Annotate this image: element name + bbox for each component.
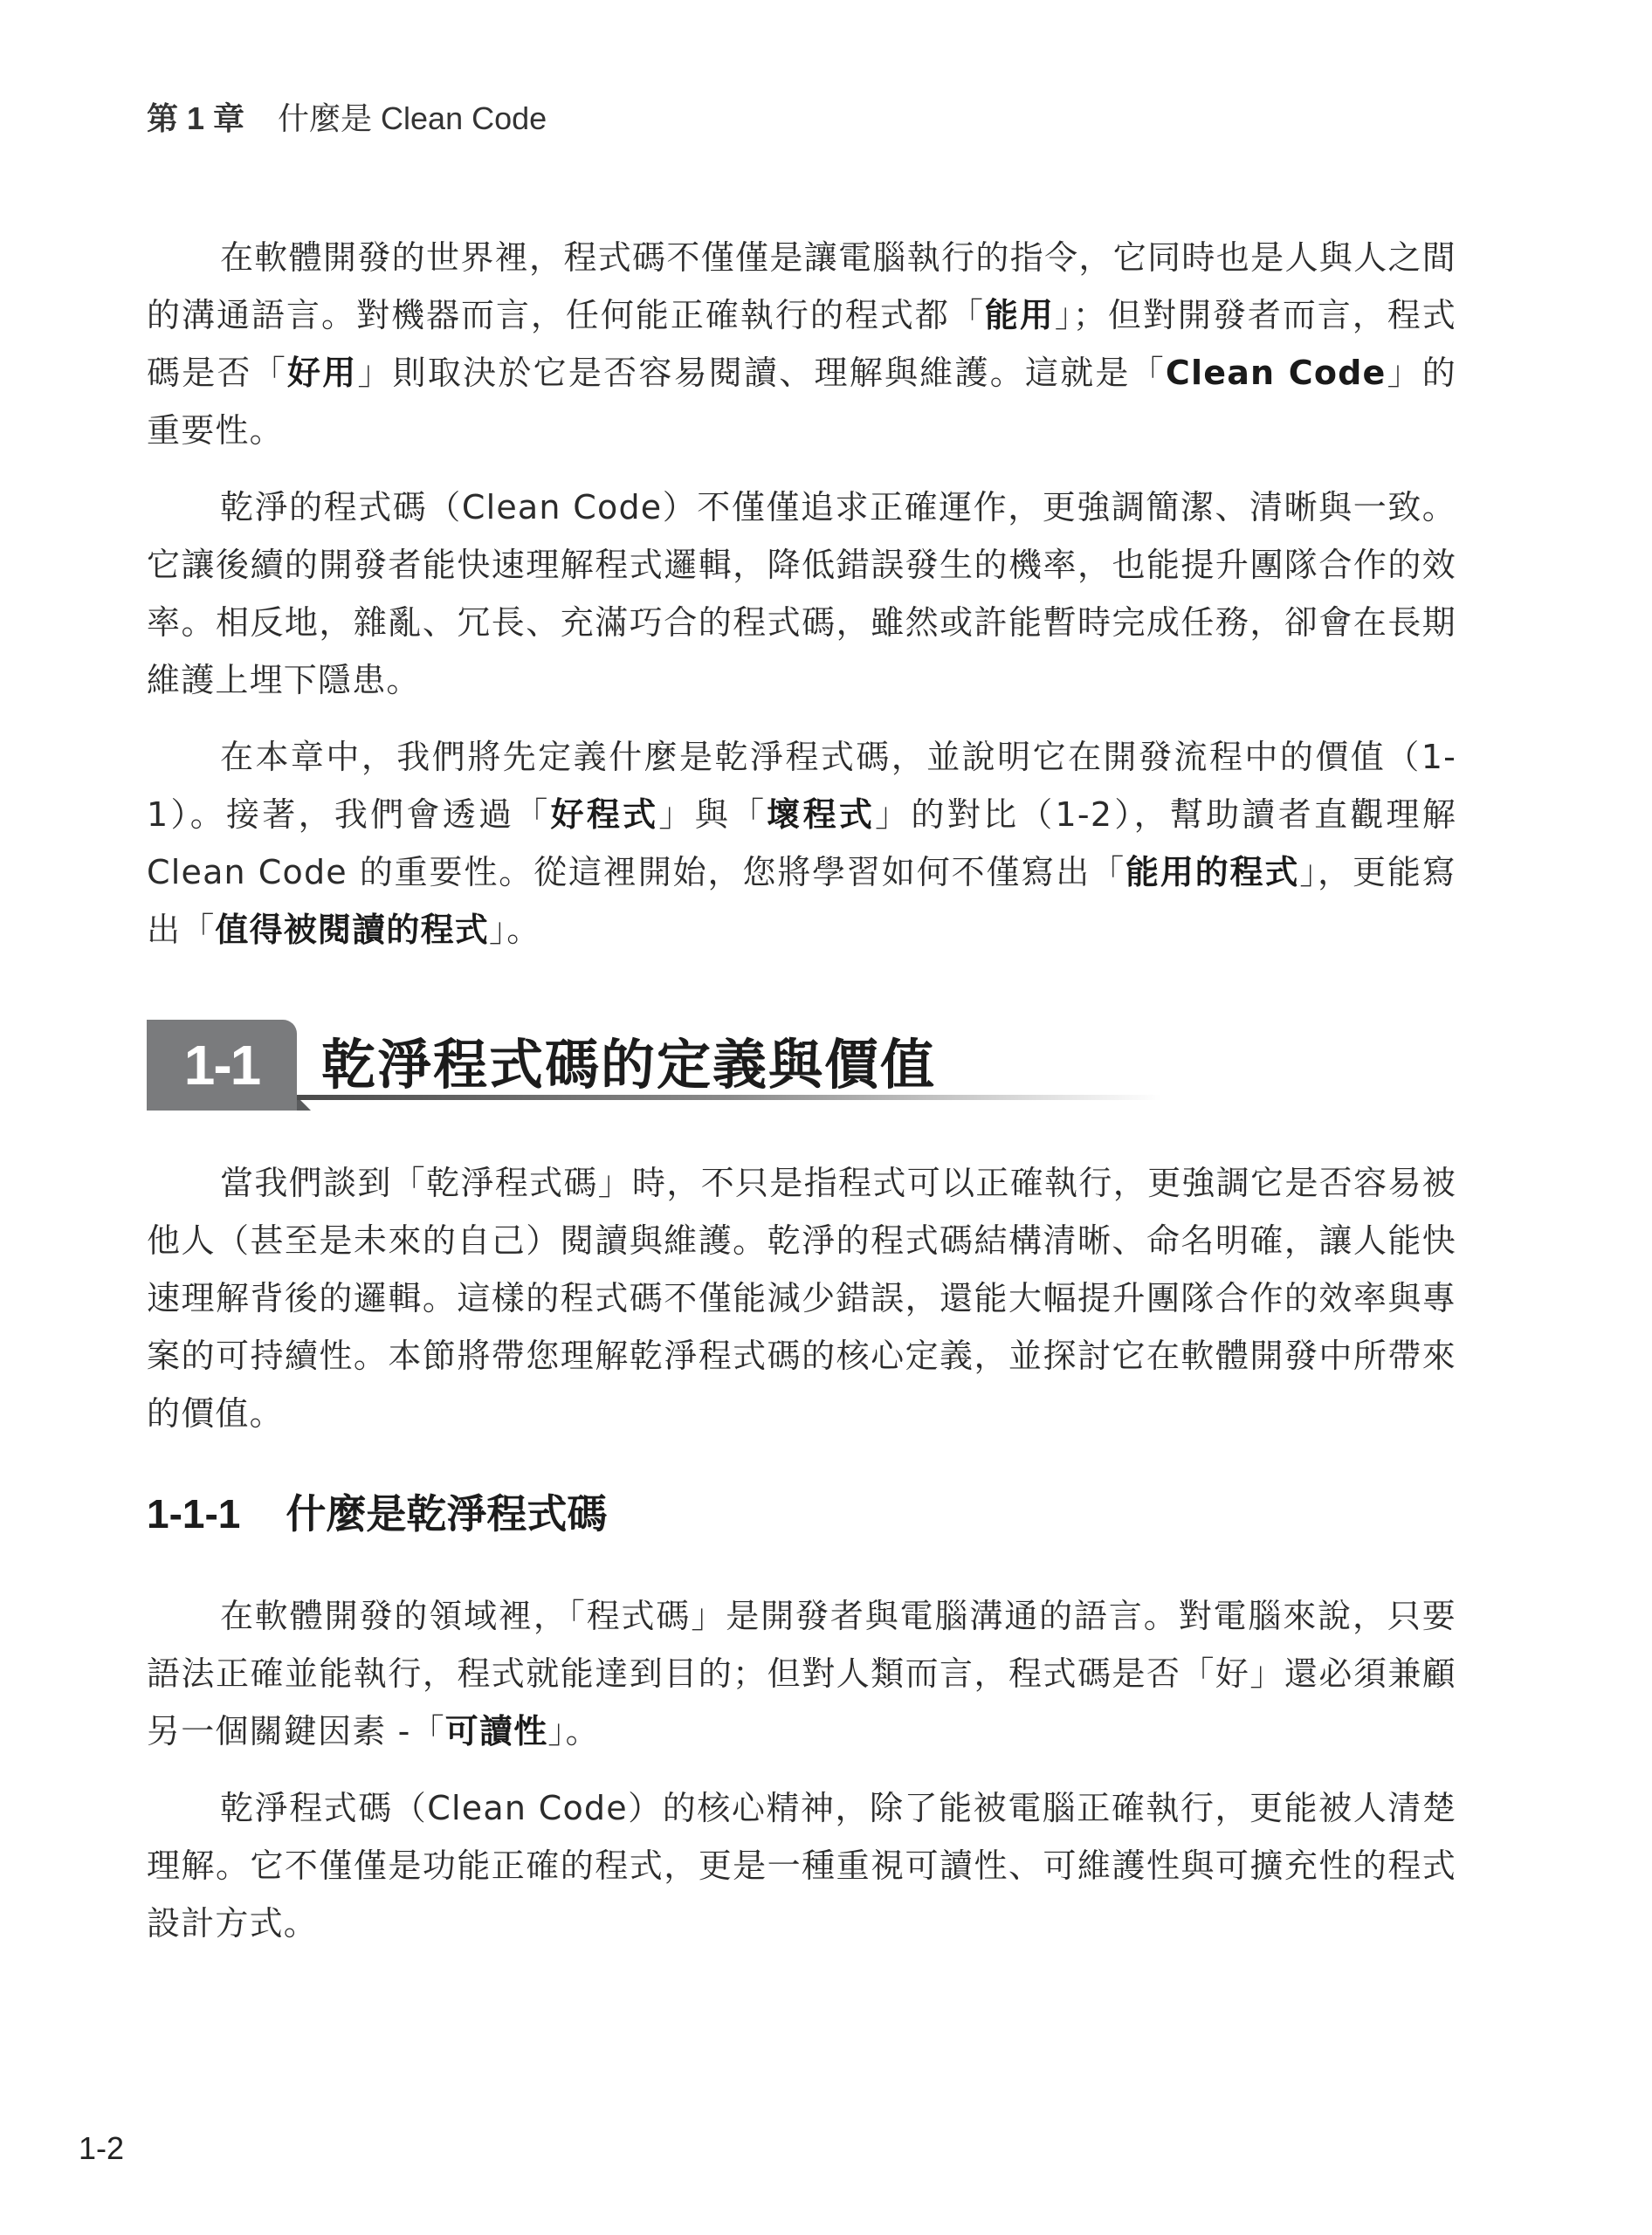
paragraph: 在軟體開發的世界裡，程式碼不僅僅是讓電腦執行的指令，它同時也是人與人之間的溝通語…: [147, 229, 1456, 459]
paragraph: 在本章中，我們將先定義什麼是乾淨程式碼，並說明它在開發流程中的價值（1-1）。接…: [147, 728, 1456, 959]
section-number-badge: 1-1: [147, 1020, 297, 1111]
section-underline-divider: [297, 1095, 1161, 1100]
section-heading: 1-1 乾淨程式碼的定義與價值: [147, 1020, 1160, 1116]
section-title: 乾淨程式碼的定義與價值: [321, 1021, 936, 1099]
subsection-heading: 1-1-1什麼是乾淨程式碼: [147, 1482, 607, 1540]
emphasis: 能用的程式: [1125, 853, 1299, 891]
subsection-text: 在軟體開發的領域裡，「程式碼」是開發者與電腦溝通的語言。對電腦來說，只要語法正確…: [147, 1587, 1456, 1952]
running-head: 第 1 章什麼是 Clean Code: [147, 94, 547, 139]
subsection-number: 1-1-1: [147, 1491, 240, 1537]
page-number: 1-2: [79, 2130, 124, 2167]
chapter-title: 什麼是 Clean Code: [278, 100, 547, 136]
emphasis: 好程式: [551, 795, 659, 834]
paragraph: 當我們談到「乾淨程式碼」時，不只是指程式可以正確執行，更強調它是否容易被他人（甚…: [147, 1154, 1456, 1442]
emphasis: 好用: [287, 354, 357, 392]
emphasis: 值得被閱讀的程式: [215, 911, 489, 949]
emphasis: 可讀性: [445, 1712, 548, 1750]
chapter-label: 第 1 章: [147, 100, 244, 136]
paragraph: 乾淨程式碼（Clean Code）的核心精神，除了能被電腦正確執行，更能被人清楚…: [147, 1779, 1456, 1952]
emphasis: 壞程式: [767, 795, 875, 834]
paragraph: 乾淨的程式碼（Clean Code）不僅僅追求正確運作，更強調簡潔、清晰與一致。…: [147, 478, 1456, 709]
subsection-title: 什麼是乾淨程式碼: [286, 1490, 607, 1537]
emphasis: Clean Code: [1166, 354, 1387, 392]
section-text: 當我們談到「乾淨程式碼」時，不只是指程式可以正確執行，更強調它是否容易被他人（甚…: [147, 1154, 1456, 1442]
emphasis: 能用: [985, 296, 1055, 334]
paragraph: 在軟體開發的領域裡，「程式碼」是開發者與電腦溝通的語言。對電腦來說，只要語法正確…: [147, 1587, 1456, 1760]
intro-text: 在軟體開發的世界裡，程式碼不僅僅是讓電腦執行的指令，它同時也是人與人之間的溝通語…: [147, 229, 1456, 959]
